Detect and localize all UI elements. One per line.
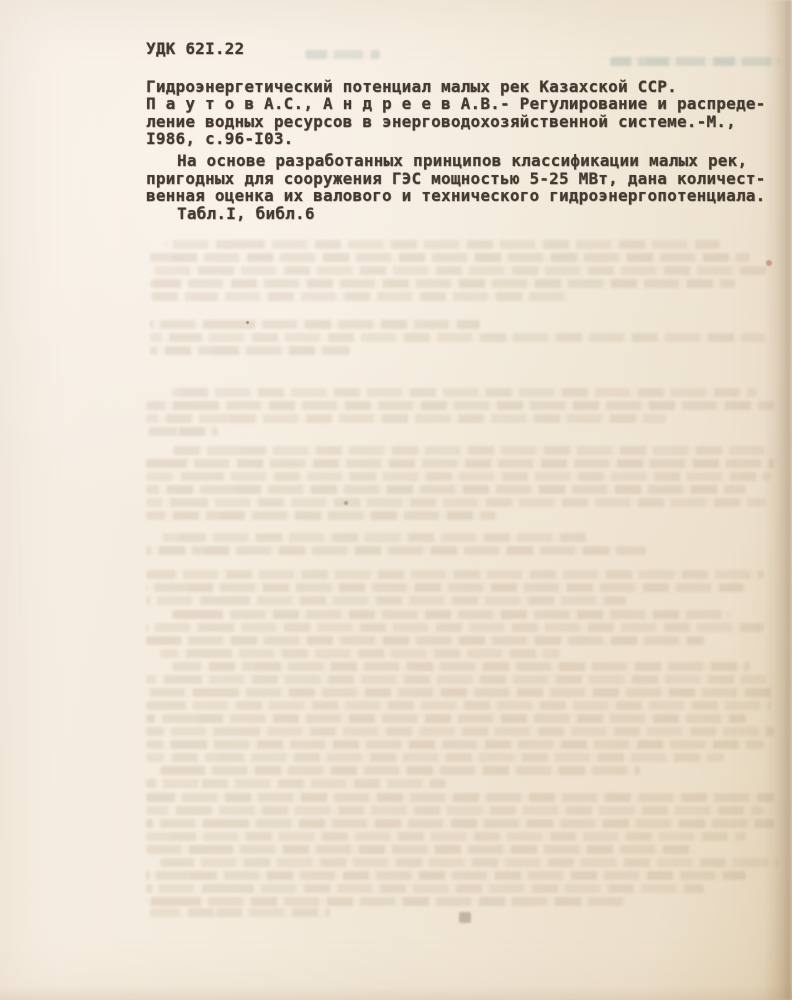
reference-line: I986, с.96-I03. (146, 130, 786, 148)
bleed-through-line (146, 727, 774, 736)
scan-edge-shadow-bottom (0, 986, 792, 1000)
bleed-through-line (146, 675, 766, 684)
bleed-through-line (172, 446, 770, 455)
bleed-through-line (146, 714, 746, 723)
bleed-through-line (146, 897, 626, 906)
bleed-through-line (146, 636, 704, 645)
bleed-through-line (146, 845, 696, 854)
scanned-document-page: УДК 62I.22 Гидроэнергетический потенциал… (0, 0, 792, 1000)
bleed-through-line (160, 533, 590, 542)
bleed-through-line (146, 871, 746, 880)
reference-line: ление водных ресурсов в энерговодохозяйс… (146, 113, 786, 131)
bleed-through-line (146, 779, 446, 788)
document-title: Гидроэнергетический потенциал малых рек … (146, 78, 786, 96)
bleed-through-line (150, 279, 735, 288)
bleed-through-line (150, 320, 480, 329)
bleed-through-line (150, 266, 768, 275)
bleed-through-line (146, 884, 704, 893)
bleed-through-line (160, 766, 640, 775)
paper-stain (766, 260, 772, 266)
abstract-line: венная оценка их валового и технического… (146, 187, 786, 205)
bleed-through-line (146, 819, 774, 828)
typewritten-text-block: УДК 62I.22 Гидроэнергетический потенциал… (146, 40, 786, 222)
bleed-through-line (160, 649, 560, 658)
bleed-through-line (146, 546, 646, 555)
abstract: На основе разработанных принципов класси… (146, 152, 786, 222)
bleed-through-line (146, 740, 764, 749)
bleed-through-line (146, 401, 774, 410)
bleed-through-line (146, 583, 744, 592)
bleed-through-line (146, 793, 774, 802)
paper-stain (344, 501, 348, 505)
bibliographic-reference: Гидроэнергетический потенциал малых рек … (146, 78, 786, 148)
bleed-through-line (305, 50, 380, 59)
bleed-through-line (610, 57, 780, 66)
bleed-through-line (150, 346, 350, 355)
bleed-through-line (172, 662, 750, 671)
bleed-through-line (172, 388, 757, 397)
bleed-through-line (148, 427, 218, 436)
bleed-through-line (146, 472, 771, 481)
bleed-through-line (146, 701, 771, 710)
bleed-through-line (146, 832, 746, 841)
bleed-through-line (150, 333, 765, 342)
bleed-through-line (146, 753, 724, 762)
bleed-through-line (146, 485, 746, 494)
bleed-through-line (146, 688, 774, 697)
reference-line: П а у т о в А.С., А н д р е е в А.В.- Ре… (146, 95, 786, 113)
paper-stain (246, 321, 249, 324)
bleed-through-line (146, 414, 666, 423)
bleed-through-line (165, 240, 720, 249)
bleed-through-line (146, 511, 496, 520)
bleed-through-line (146, 459, 774, 468)
bleed-through-line (146, 596, 626, 605)
bleed-through-line (146, 498, 766, 507)
bleed-through-line (146, 806, 764, 815)
udc-code: УДК 62I.22 (146, 40, 786, 58)
bleed-through-line (146, 623, 764, 632)
bleed-through-line (150, 253, 750, 262)
abstract-line: На основе разработанных принципов класси… (146, 152, 786, 170)
abstract-line: Табл.I, библ.6 (146, 205, 786, 223)
bleed-through-line (160, 858, 778, 867)
abstract-line: пригодных для сооружения ГЭС мощностью 5… (146, 170, 786, 188)
page-number-ghost (459, 912, 471, 923)
bleed-through-line (172, 610, 730, 619)
bleed-through-line (150, 908, 330, 917)
bleed-through-line (150, 292, 570, 301)
bleed-through-line (146, 570, 764, 579)
